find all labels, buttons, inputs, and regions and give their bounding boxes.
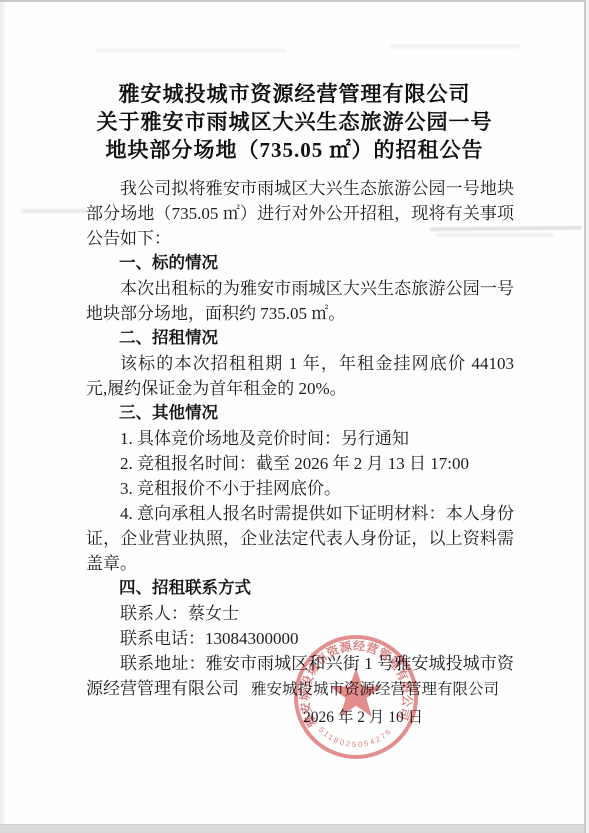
- section-2-paragraph: 该标的本次招租租期 1 年，年租金挂网底价 44103 元,履约保证金为首年租金…: [86, 351, 514, 401]
- section-3-item-3: 3. 竞租报价不小于挂网底价。: [86, 476, 514, 501]
- contact-person: 联系人：蔡女士: [86, 601, 514, 626]
- section-1-paragraph: 本次出租标的为雅安市雨城区大兴生态旅游公园一号地块部分场地，面积约 735.05…: [86, 276, 514, 326]
- section-3-heading: 三、其他情况: [86, 401, 514, 426]
- scan-artifact: [390, 45, 520, 48]
- title-line-3: 地块部分场地（735.05 ㎡）的招租公告: [0, 136, 589, 164]
- document-title: 雅安城投城市资源经营管理有限公司 关于雅安市雨城区大兴生态旅游公园一号 地块部分…: [0, 80, 589, 164]
- svg-text:5118025054276: 5118025054276: [317, 725, 393, 749]
- scan-edge-bottom: [0, 824, 589, 833]
- document-body: 我公司拟将雅安市雨城区大兴生态旅游公园一号地块部分场地（735.05 ㎡）进行对…: [86, 176, 514, 701]
- scan-artifact: [96, 49, 286, 52]
- section-4-heading: 四、招租联系方式: [86, 576, 514, 601]
- section-3-item-2: 2. 竞租报名时间：截至 2026 年 2 月 13 日 17:00: [86, 451, 514, 476]
- seal-star-icon: [330, 668, 381, 717]
- seal-number: 5118025054276: [317, 725, 393, 749]
- section-3-item-1: 1. 具体竞价场地及竞价时间：另行通知: [86, 426, 514, 451]
- intro-paragraph: 我公司拟将雅安市雨城区大兴生态旅游公园一号地块部分场地（735.05 ㎡）进行对…: [86, 176, 514, 251]
- company-seal: 雅安城投城市资源经营管理有限公司 5118025054276: [286, 627, 426, 767]
- title-line-2: 关于雅安市雨城区大兴生态旅游公园一号: [0, 108, 589, 136]
- scan-edge-top: [0, 0, 589, 2]
- title-line-1: 雅安城投城市资源经营管理有限公司: [0, 80, 589, 108]
- section-3-item-4: 4. 意向承租人报名时需提供如下证明材料：本人身份证，企业营业执照，企业法定代表…: [86, 501, 514, 576]
- section-1-heading: 一、标的情况: [86, 251, 514, 276]
- section-2-heading: 二、招租情况: [86, 326, 514, 351]
- scan-artifact: [22, 209, 88, 213]
- document-page: 雅安城投城市资源经营管理有限公司 关于雅安市雨城区大兴生态旅游公园一号 地块部分…: [0, 0, 589, 833]
